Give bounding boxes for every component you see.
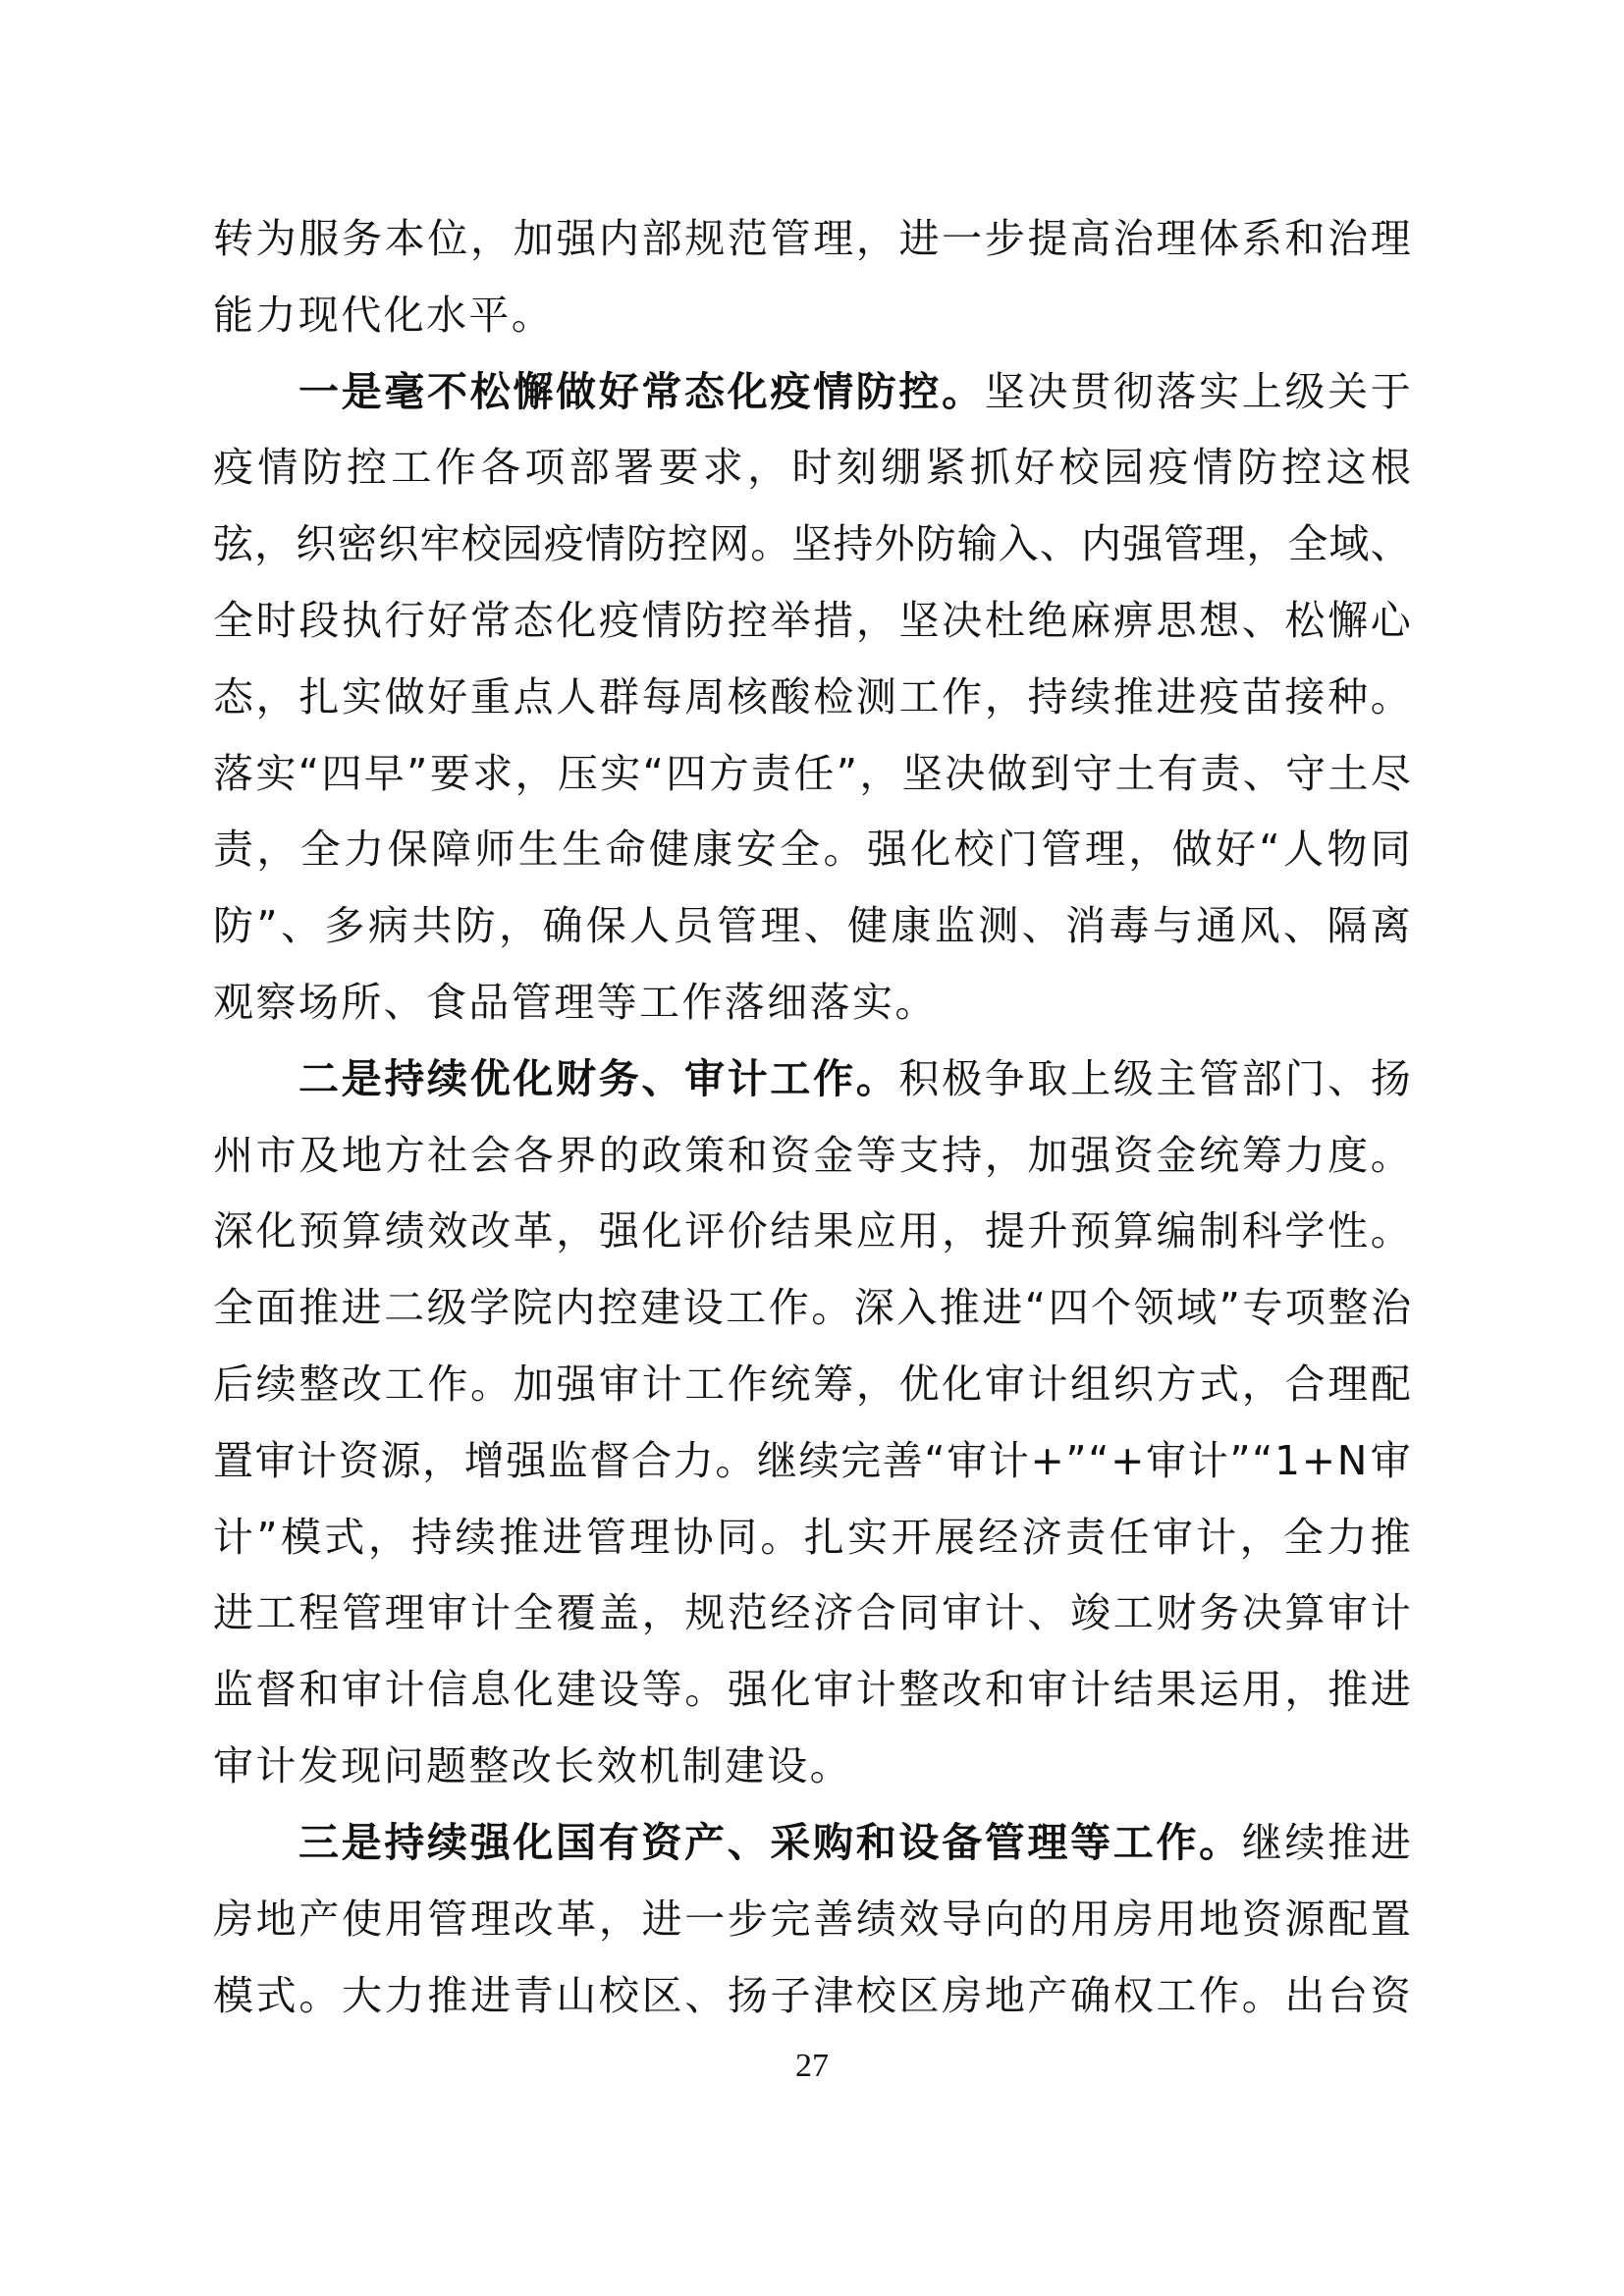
body-line: 全面推进二级学院内控建设工作。深入推进“四个领域”专项整治 — [213, 1278, 1411, 1337]
body-line: 防”、多病共防，确保人员管理、健康监测、消毒与通风、隔离 — [213, 896, 1411, 955]
page-number: 27 — [0, 2048, 1624, 2085]
line-text: 能力现代化水平。 — [213, 292, 554, 339]
body-line: 转为服务本位，加强内部规范管理，进一步提高治理体系和治理 — [213, 209, 1411, 268]
section-heading-line-1: 一是毫不松懈做好常态化疫情防控。坚决贯彻落实上级关于 — [298, 362, 1411, 421]
body-line: 模式。大力推进青山校区、扬子津校区房地产确权工作。出台资 — [213, 1966, 1411, 2025]
section-heading-line-3: 三是持续强化国有资产、采购和设备管理等工作。继续推进 — [298, 1813, 1411, 1872]
body-line: 房地产使用管理改革，进一步完善绩效导向的用房用地资源配置 — [213, 1890, 1411, 1949]
section-heading-line-2: 二是持续优化财务、审计工作。积极争取上级主管部门、扬 — [298, 1049, 1411, 1108]
line-text: 观察场所、食品管理等工作落细落实。 — [213, 979, 938, 1026]
body-line: 弦，织密织牢校园疫情防控网。坚持外防输入、内强管理，全域、 — [213, 514, 1411, 573]
body-line: 疫情防控工作各项部署要求，时刻绷紧抓好校园疫情防控这根 — [213, 438, 1411, 497]
body-line: 进工程管理审计全覆盖，规范经济合同审计、竣工财务决算审计 — [213, 1583, 1411, 1642]
body-line: 责，全力保障师生生命健康安全。强化校门管理，做好“人物同 — [213, 820, 1411, 879]
body-line: 全时段执行好常态化疫情防控举措，坚决杜绝麻痹思想、松懈心 — [213, 591, 1411, 650]
body-line: 置审计资源，增强监督合力。继续完善“审计+”“+审计”“1+N 审 — [213, 1431, 1411, 1490]
body-line: 计”模式，持续推进管理协同。扎实开展经济责任审计，全力推 — [213, 1508, 1411, 1567]
body-line: 审计发现问题整改长效机制建设。 — [213, 1736, 1411, 1795]
body-line: 监督和审计信息化建设等。强化审计整改和审计结果运用，推进 — [213, 1660, 1411, 1719]
body-line: 深化预算绩效改革，强化评价结果应用，提升预算编制科学性。 — [213, 1201, 1411, 1260]
document-page: 转为服务本位，加强内部规范管理，进一步提高治理体系和治理 能力现代化水平。 一是… — [0, 0, 1624, 2296]
body-line: 州市及地方社会各界的政策和资金等支持，加强资金统筹力度。 — [213, 1126, 1411, 1185]
body-line: 能力现代化水平。 — [213, 286, 1411, 345]
body-line: 态，扎实做好重点人群每周核酸检测工作，持续推进疫苗接种。 — [213, 667, 1411, 726]
body-line: 后续整改工作。加强审计工作统筹，优化审计组织方式，合理配 — [213, 1355, 1411, 1414]
line-text: 审计发现问题整改长效机制建设。 — [213, 1742, 852, 1789]
body-line: 落实“四早”要求，压实“四方责任”，坚决做到守土有责、守土尽 — [213, 744, 1411, 803]
body-line: 观察场所、食品管理等工作落细落实。 — [213, 973, 1411, 1032]
